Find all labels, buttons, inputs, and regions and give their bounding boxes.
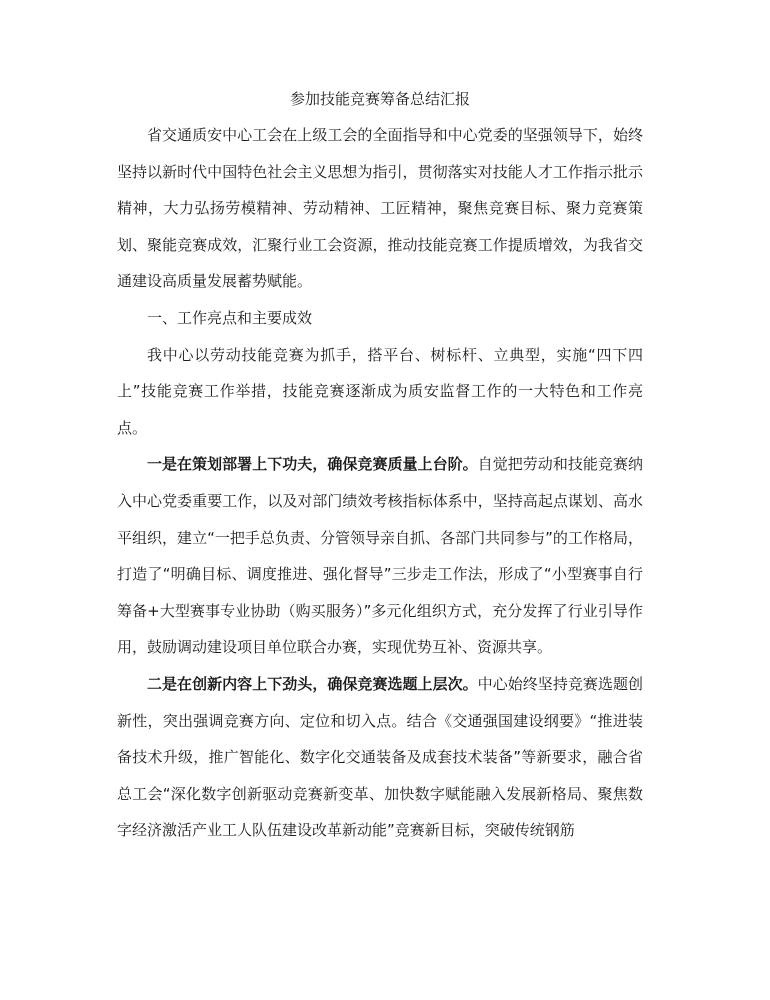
paragraph-text: 自觉把劳动和技能竞赛纳入中心党委重要工作，以及对部门绩效考核指标体系中，坚持高起… [117, 455, 643, 656]
section-heading: 一、工作亮点和主要成效 [117, 300, 643, 337]
paragraph-text: 我中心以劳动技能竞赛为抓手，搭平台、树标杆、立典型，实施“四下四上”技能竞赛工作… [117, 346, 643, 437]
section-heading-text: 一、工作亮点和主要成效 [147, 309, 312, 327]
paragraph-lead: 二是在创新内容上下劲头，确保竞赛选题上层次。 [147, 675, 478, 693]
paragraph-lead: 一是在策划部署上下功夫，确保竞赛质量上台阶。 [147, 455, 478, 473]
paragraph-text: 中心始终坚持竞赛选题创新性，突出强调竞赛方向、定位和切入点。结合《交通强国建设纲… [117, 675, 643, 839]
paragraph-point-1: 一是在策划部署上下功夫，确保竞赛质量上台阶。自觉把劳动和技能竞赛纳入中心党委重要… [117, 446, 643, 666]
paragraph-text: 省交通质安中心工会在上级工会的全面指导和中心党委的坚强领导下，始终坚持以新时代中… [117, 126, 643, 290]
paragraph-point-2: 二是在创新内容上下劲头，确保竞赛选题上层次。中心始终坚持竞赛选题创新性，突出强调… [117, 666, 643, 849]
paragraph-overview: 我中心以劳动技能竞赛为抓手，搭平台、树标杆、立典型，实施“四下四上”技能竞赛工作… [117, 337, 643, 447]
paragraph-intro: 省交通质安中心工会在上级工会的全面指导和中心党委的坚强领导下，始终坚持以新时代中… [117, 117, 643, 300]
document-page: 参加技能竞赛筹备总结汇报 省交通质安中心工会在上级工会的全面指导和中心党委的坚强… [117, 84, 643, 849]
document-title: 参加技能竞赛筹备总结汇报 [117, 84, 643, 114]
